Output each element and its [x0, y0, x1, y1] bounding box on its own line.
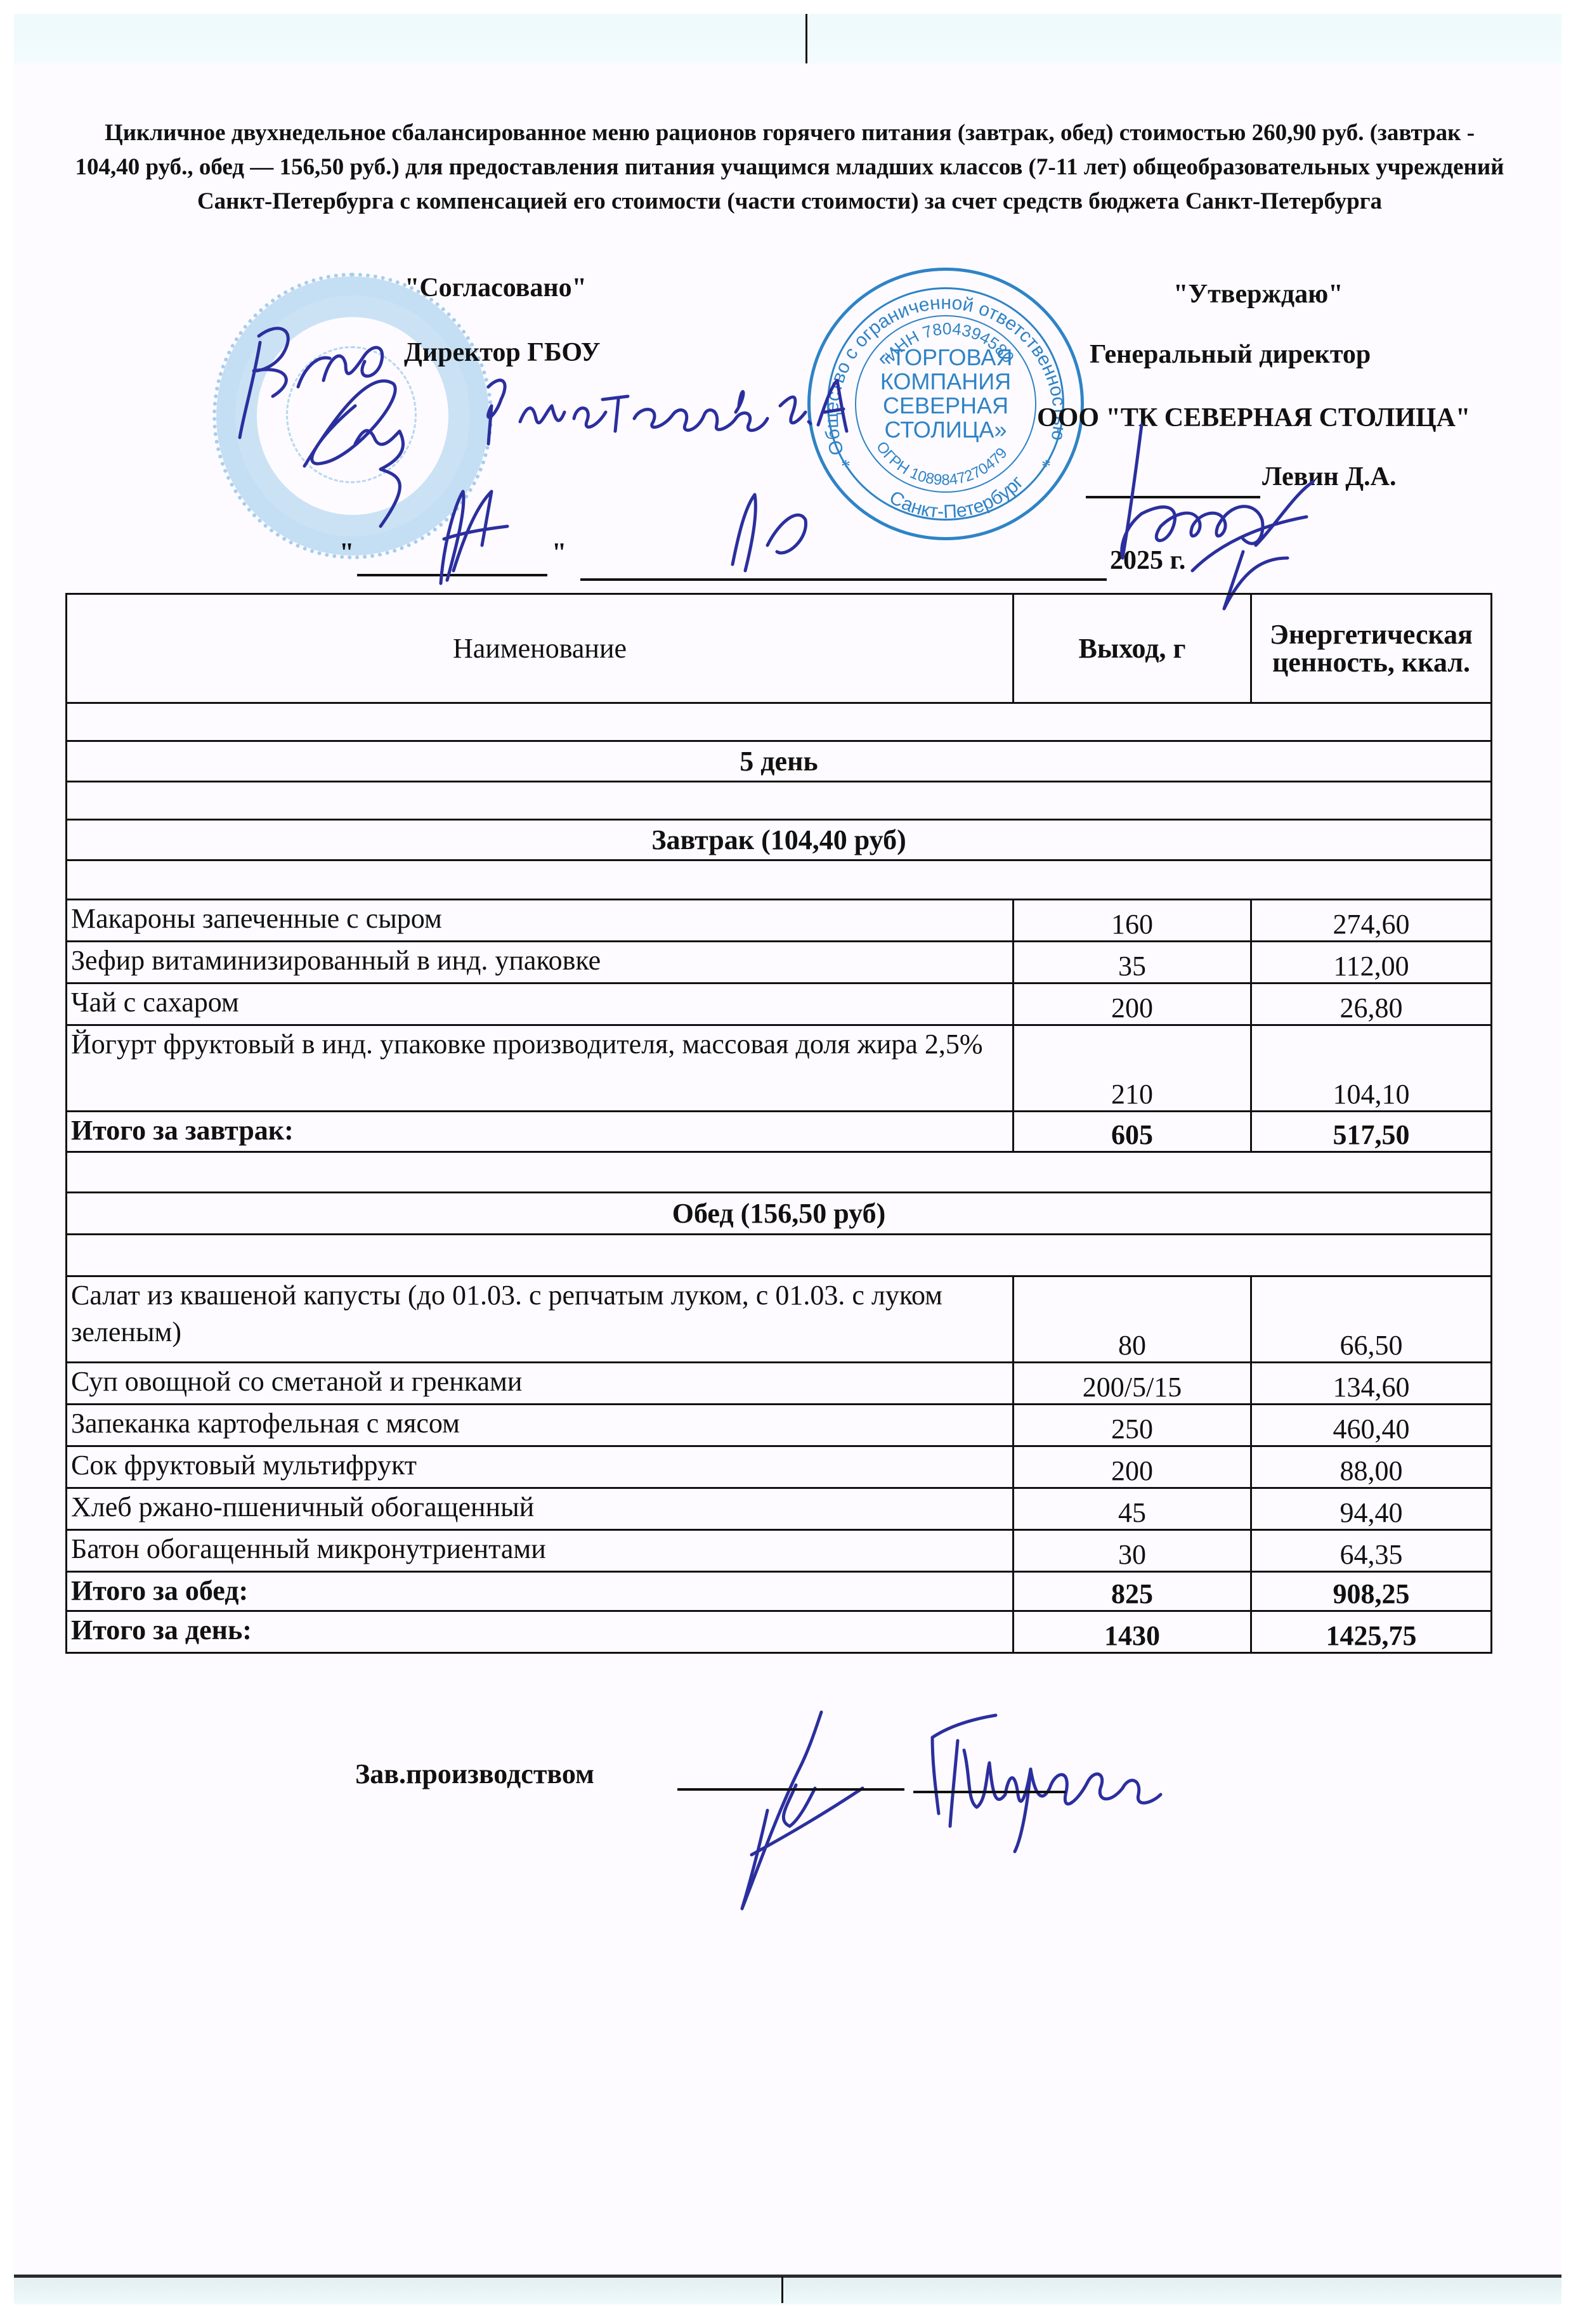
item-kcal: 88,00 [1251, 1446, 1492, 1488]
item-kcal: 26,80 [1251, 983, 1492, 1025]
table-row: Батон обогащенный микронутриентами 30 64… [67, 1530, 1492, 1572]
school-director-position: Директор ГБОУ [404, 337, 601, 368]
scanner-bottom-margin [14, 2275, 1561, 2304]
spacer-row [67, 1235, 1492, 1276]
item-output: 250 [1014, 1405, 1251, 1446]
item-kcal: 274,60 [1251, 900, 1492, 942]
item-kcal: 94,40 [1251, 1488, 1492, 1530]
day-total-row: Итого за день: 1430 1425,75 [67, 1611, 1492, 1653]
breakfast-total-row: Итого за завтрак: 605 517,50 [67, 1112, 1492, 1152]
item-name: Сок фруктовый мультифрукт [67, 1446, 1014, 1488]
date-month-line [580, 578, 1107, 581]
day-row: 5 день [67, 741, 1492, 782]
item-kcal: 112,00 [1251, 942, 1492, 983]
spacer-row [67, 1152, 1492, 1193]
day-total-output: 1430 [1014, 1611, 1251, 1653]
day-total-kcal: 1425,75 [1251, 1611, 1492, 1653]
lunch-total-output: 825 [1014, 1572, 1251, 1611]
table-row: Запеканка картофельная с мясом 250 460,4… [67, 1405, 1492, 1446]
production-manager-label: Зав.производством [355, 1758, 594, 1790]
signature-line-production [677, 1788, 904, 1791]
date-close-quote: " [552, 538, 566, 568]
item-kcal: 460,40 [1251, 1405, 1492, 1446]
item-name: Суп овощной со сметаной и гренками [67, 1363, 1014, 1405]
item-name: Хлеб ржано-пшеничный обогащенный [67, 1488, 1014, 1530]
item-kcal: 104,10 [1251, 1025, 1492, 1112]
spacer-row [67, 860, 1492, 900]
date-year: 2025 г. [1110, 545, 1185, 576]
date-open-quote: " [339, 538, 354, 568]
item-name: Чай с сахаром [67, 983, 1014, 1025]
item-kcal: 64,35 [1251, 1530, 1492, 1572]
lunch-total-label: Итого за обед: [67, 1572, 1014, 1611]
lunch-total-row: Итого за обед: 825 908,25 [67, 1572, 1492, 1611]
school-stamp-emblem [286, 346, 417, 483]
document-title: Цикличное двухнедельное сбалансированное… [70, 116, 1509, 219]
table-row: Зефир витаминизированный в инд. упаковке… [67, 942, 1492, 983]
fold-line-bottom [781, 2276, 783, 2303]
item-output: 160 [1014, 900, 1251, 942]
item-kcal: 66,50 [1251, 1276, 1492, 1363]
day-total-label: Итого за день: [67, 1611, 1014, 1653]
table-row: Салат из квашеной капусты (до 01.03. с р… [67, 1276, 1492, 1363]
fold-line-top [805, 14, 807, 66]
item-output: 80 [1014, 1276, 1251, 1363]
svg-text:ОГРН 1089847270479: ОГРН 1089847270479 [873, 439, 1011, 489]
company-name: ООО "ТК СЕВЕРНАЯ СТОЛИЦА" [1037, 403, 1470, 433]
header-output: Выход, г [1014, 594, 1251, 703]
name-line-production [913, 1791, 1066, 1793]
item-name: Йогурт фруктовый в инд. упаковке произво… [67, 1025, 1014, 1112]
date-day-line [357, 574, 547, 576]
table-row: Сок фруктовый мультифрукт 200 88,00 [67, 1446, 1492, 1488]
svg-text:*: * [1041, 456, 1051, 477]
item-output: 200 [1014, 983, 1251, 1025]
signature-line-director [1086, 496, 1260, 498]
table-row: Йогурт фруктовый в инд. упаковке произво… [67, 1025, 1492, 1112]
breakfast-total-label: Итого за завтрак: [67, 1112, 1014, 1152]
general-director-name: Левин Д.А. [1262, 462, 1396, 492]
spacer-row [67, 782, 1492, 820]
breakfast-total-output: 605 [1014, 1112, 1251, 1152]
item-kcal: 134,60 [1251, 1363, 1492, 1405]
item-output: 210 [1014, 1025, 1251, 1112]
svg-text:*: * [841, 456, 851, 477]
table-row: Суп овощной со сметаной и гренками 200/5… [67, 1363, 1492, 1405]
general-director-position: Генеральный директор [1090, 339, 1371, 370]
table-row: Хлеб ржано-пшеничный обогащенный 45 94,4… [67, 1488, 1492, 1530]
header-name: Наименование [67, 594, 1014, 703]
day-label: 5 день [67, 741, 1492, 782]
table-header-row: Наименование Выход, г Энергетическая цен… [67, 594, 1492, 703]
spacer-row [67, 703, 1492, 741]
item-name: Зефир витаминизированный в инд. упаковке [67, 942, 1014, 983]
breakfast-total-kcal: 517,50 [1251, 1112, 1492, 1152]
lunch-title: Обед (156,50 руб) [67, 1193, 1492, 1235]
table-row: Чай с сахаром 200 26,80 [67, 983, 1492, 1025]
table-row: Макароны запеченные с сыром 160 274,60 [67, 900, 1492, 942]
scanner-top-margin [14, 14, 1561, 63]
item-name: Запеканка картофельная с мясом [67, 1405, 1014, 1446]
item-output: 200/5/15 [1014, 1363, 1251, 1405]
lunch-total-kcal: 908,25 [1251, 1572, 1492, 1611]
item-output: 45 [1014, 1488, 1251, 1530]
menu-table: Наименование Выход, г Энергетическая цен… [65, 593, 1492, 1654]
breakfast-title: Завтрак (104,40 руб) [67, 820, 1492, 860]
item-name: Салат из квашеной капусты (до 01.03. с р… [67, 1276, 1014, 1363]
meal-row-lunch: Обед (156,50 руб) [67, 1193, 1492, 1235]
item-output: 200 [1014, 1446, 1251, 1488]
header-energy: Энергетическая ценность, ккал. [1251, 594, 1492, 703]
item-output: 30 [1014, 1530, 1251, 1572]
item-name: Макароны запеченные с сыром [67, 900, 1014, 942]
item-name: Батон обогащенный микронутриентами [67, 1530, 1014, 1572]
item-output: 35 [1014, 942, 1251, 983]
school-stamp [212, 273, 493, 559]
meal-row-breakfast: Завтрак (104,40 руб) [67, 820, 1492, 860]
approve-heading: "Утверждаю" [1173, 279, 1343, 309]
approved-heading: "Согласовано" [405, 273, 587, 303]
